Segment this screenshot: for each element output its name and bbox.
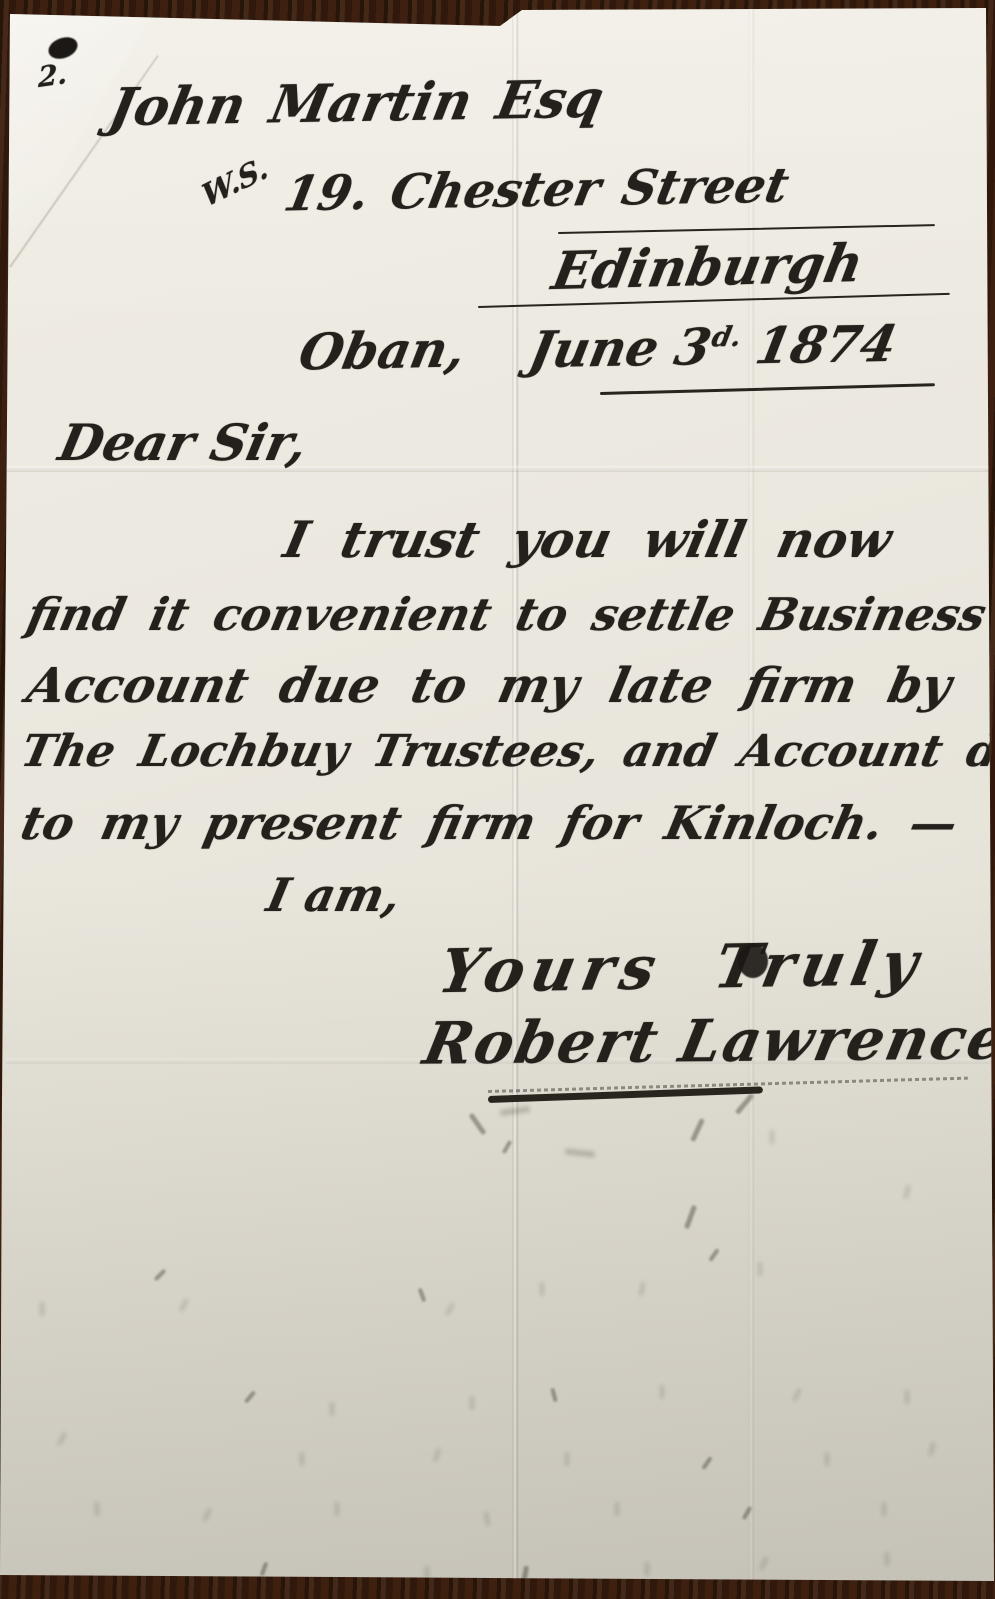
ink-smudge [565, 1148, 595, 1157]
ink-smudge [615, 1502, 619, 1516]
ink-smudge [260, 1562, 269, 1577]
dateline-place: Oban, [295, 324, 469, 377]
ink-smudge [40, 1302, 44, 1316]
ink-smudge [300, 1452, 304, 1466]
recipient-name-line: John Martin Esq [105, 74, 608, 135]
ink-smudge [540, 1282, 544, 1296]
dateline-date: June 3d. 1874 [525, 319, 900, 376]
body-line-2: find it convenient to settle Business [23, 592, 990, 637]
letter-sheet: 2. John Martin Esq W.S. 19. Chester Stre… [0, 0, 995, 1599]
ink-smudge [57, 1432, 67, 1446]
ink-smudge [928, 1442, 935, 1457]
ink-smudge [470, 1396, 474, 1410]
ink-smudge [520, 1566, 529, 1591]
ink-smudge [469, 1113, 487, 1136]
ink-smudge [792, 1388, 802, 1402]
ink-smudge [660, 1385, 664, 1399]
ink-smudge [905, 1390, 909, 1404]
body-line-4: The Lochbuy Trustees, and Account due [17, 730, 995, 774]
ink-blot-closing [738, 944, 768, 978]
recipient-title: W.S. [199, 153, 271, 213]
ink-smudge [684, 1205, 697, 1229]
ink-smudge [335, 1502, 339, 1516]
ink-smudge [433, 1448, 442, 1463]
dateline-day-suffix: d. [709, 321, 744, 354]
ink-smudge [244, 1390, 256, 1403]
folded-corner [0, 0, 160, 276]
ink-smudge [758, 1262, 762, 1276]
ink-smudge [825, 1452, 829, 1466]
ink-smudge [690, 1118, 705, 1142]
address-city-line: Edinburgh [548, 238, 867, 298]
ink-smudge [882, 1502, 886, 1516]
page-number-mark: 2. [38, 60, 67, 92]
ink-smudge [445, 1302, 455, 1316]
ink-smudge [484, 1512, 490, 1526]
ink-smudge [202, 1508, 212, 1522]
body-line-3: Account due to my late firm by [23, 662, 955, 710]
ink-smudge [639, 1282, 645, 1296]
salutation: Dear Sir, [55, 418, 312, 468]
ink-smudge [759, 1556, 769, 1570]
ink-smudge [330, 1402, 334, 1416]
body-line-5: to my present firm for Kinloch. — [17, 800, 961, 846]
ink-smudge [565, 1452, 569, 1466]
ink-smudge [502, 1140, 512, 1154]
closing-intro: I am, [263, 872, 405, 918]
ink-smudge [95, 1502, 99, 1516]
ink-smudge [770, 1130, 774, 1144]
body-line-1: I trust you will now [280, 515, 896, 565]
ink-smudge [154, 1269, 167, 1282]
ink-smudge [701, 1456, 712, 1470]
ink-smudge [885, 1552, 889, 1566]
ink-smudge [425, 1566, 429, 1580]
closing-phrase: Yours Truly [434, 934, 929, 1003]
dateline-month-day: June 3 [524, 317, 716, 379]
ink-smudge [645, 1562, 649, 1576]
ink-smudge [418, 1288, 427, 1303]
ink-smudge [550, 1388, 557, 1403]
address-street-line: 19. Chester Street [280, 162, 792, 219]
ink-smudge [903, 1185, 910, 1200]
street-underline [558, 224, 935, 234]
ink-smudge [179, 1298, 189, 1312]
signature: Robert Lawrence [419, 1009, 995, 1072]
ink-smudge [708, 1248, 719, 1262]
date-underline [600, 383, 935, 395]
dateline-year: 1874 [751, 314, 902, 376]
